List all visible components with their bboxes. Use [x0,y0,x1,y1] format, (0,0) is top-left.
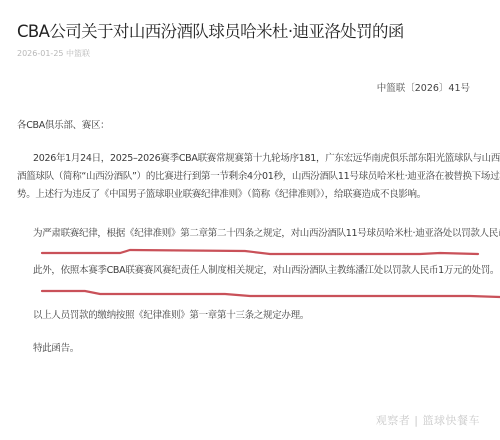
coach-penalty-paragraph: 此外，依照本赛季CBA联赛赛风赛纪责任人制度相关规定，对山西汾酒队主教练潘江处以… [33,262,499,276]
player-penalty-paragraph: 为严肃联赛纪律，根据《纪律准则》第二章第二十四条之规定，对山西汾酒队11号球员哈… [33,225,500,239]
underline-player-penalty [42,250,478,254]
document-number: 中篮联〔2026〕41号 [377,80,470,94]
salutation: 各CBA俱乐部、赛区： [17,117,109,131]
document-title: CBA公司关于对山西汾酒队球员哈米杜·迪亚洛处罚的函 [17,18,404,42]
closing-line: 特此函告。 [33,340,79,354]
publish-meta: 2026-01-25 中篮联 [17,48,90,59]
facts-paragraph-line-2: 酒篮球队（简称“山西汾酒队”）的比赛进行到第一节剩余4分01秒，山西汾酒队11号… [17,168,500,182]
red-underline-annotations [0,0,500,440]
watermark: 观察者 | 篮球快餐车 [376,412,480,428]
facts-paragraph-line-3: 势。上述行为违反了《中国男子篮球职业联赛纪律准则》（简称《纪律准则》），给联赛造… [17,186,426,200]
payment-paragraph: 以上人员罚款的缴纳按照《纪律准则》第一章第十三条之规定办理。 [33,307,309,321]
facts-paragraph-line-1: 2026年1月24日，2025–2026赛季CBA联赛常规赛第十九轮场序181，… [33,150,500,164]
underline-coach-penalty [42,291,500,297]
